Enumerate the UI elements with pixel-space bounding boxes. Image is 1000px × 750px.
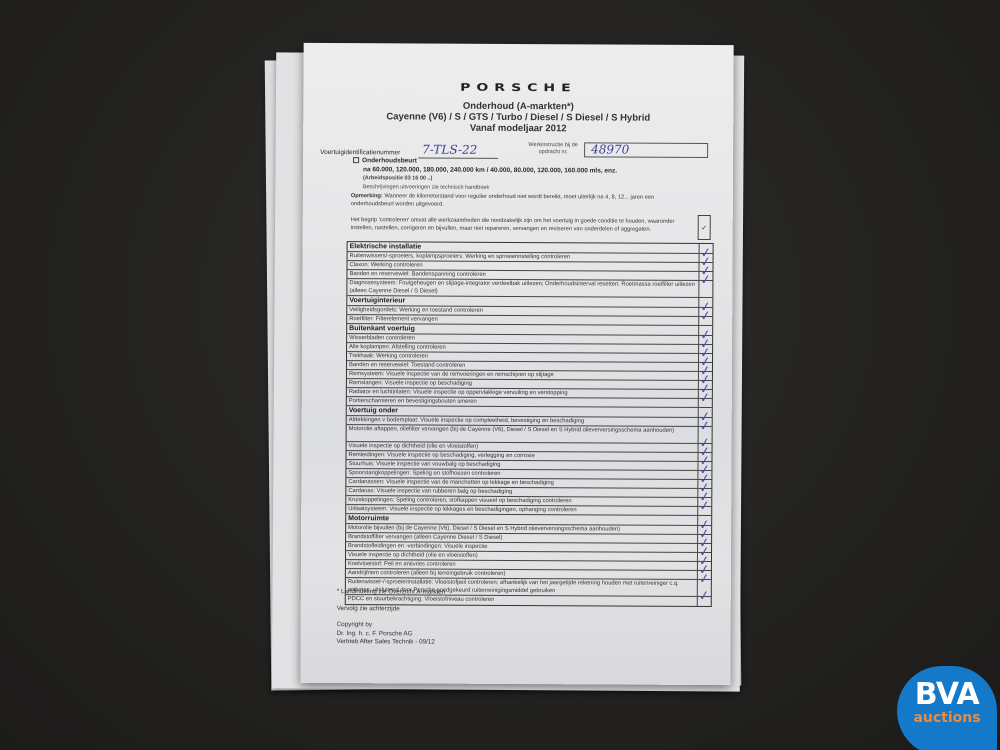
check-mark-icon: ✓: [698, 575, 710, 584]
checklist-item-text: Motorolie aftappen, oliefilter vervangen…: [347, 425, 699, 443]
bva-subtitle: auctions: [897, 710, 997, 726]
check-cell[interactable]: ✓: [698, 507, 711, 515]
title-line: Vanaf modeljaar 2012: [303, 122, 733, 135]
checklist-table: Elektrische installatieRuitenwissers/-sp…: [345, 241, 714, 607]
copyright-line: Vertrieb After Sales Technik - 09/12: [337, 638, 446, 647]
check-mark-icon: ✓: [698, 592, 710, 601]
section-title: Elektrische installatie: [348, 242, 700, 253]
bva-auctions-logo: BVA auctions: [897, 666, 997, 750]
work-instruction-field[interactable]: 48970: [584, 142, 708, 158]
check-mark-icon: ✓: [700, 276, 712, 285]
section-title: Motorruimte: [346, 514, 698, 525]
check-cell[interactable]: ✓: [699, 317, 712, 325]
vin-label: Voertuigidentificatienummer: [320, 149, 400, 156]
remark-label: Opmerking:: [351, 193, 383, 199]
bva-brand: BVA: [897, 680, 997, 710]
section-title: Voertuig onder: [347, 406, 699, 417]
work-instruction-label: Werkinstructie bij de opdracht nr.: [523, 142, 583, 156]
maintenance-description: Beschrijvingen uitvoeringen zie technisc…: [353, 183, 617, 193]
check-mark-icon: ✓: [700, 312, 712, 321]
check-mark-icon: ✓: [699, 422, 711, 431]
check-cell[interactable]: ✓: [699, 281, 712, 297]
checklist-row: Diagnosesysteem: Foutgeheugen en slijtag…: [347, 279, 712, 298]
section-title: Buitenkant voertuig: [347, 324, 699, 335]
copyright-line: Copyright by: [337, 621, 446, 630]
form-footer: * Landindeling zie Overzicht A-markten V…: [337, 588, 446, 647]
maintenance-checkbox[interactable]: [353, 157, 359, 163]
definition-checkbox[interactable]: ✓: [698, 215, 711, 240]
check-mark-icon: ✓: [699, 394, 711, 403]
footnote: * Landindeling zie Overzicht A-markten: [337, 588, 446, 597]
remark-text: Wanneer de kilometerstand voor regulier …: [351, 193, 654, 207]
form-title: Onderhoud (A-markten*) Cayenne (V6) / S …: [303, 100, 733, 135]
maintenance-title: Onderhoudsbeurt: [362, 157, 417, 164]
definition-text: Het begrip 'controleren' omvat alle werk…: [351, 217, 691, 234]
vin-field[interactable]: 7-TLS-22: [418, 142, 498, 158]
remark: Opmerking: Wanneer de kilometerstand voo…: [351, 193, 691, 210]
section-title: Voertuiginterieur: [347, 296, 699, 307]
checklist-row: Motorolie aftappen, oliefilter vervangen…: [347, 425, 712, 444]
maintenance-form: PORSCHE Onderhoud (A-markten*) Cayenne (…: [300, 43, 733, 685]
check-mark-icon: ✓: [699, 502, 711, 511]
porsche-logo: PORSCHE: [303, 81, 733, 95]
checklist-item-text: Diagnosesysteem: Foutgeheugen en slijtag…: [347, 279, 699, 297]
continued-note: Vervolg zie achterzijde: [337, 605, 446, 614]
maintenance-block: Onderhoudsbeurt na 60.000, 120.000, 180.…: [353, 157, 617, 192]
check-cell[interactable]: ✓: [698, 597, 711, 606]
check-cell[interactable]: ✓: [699, 399, 712, 407]
